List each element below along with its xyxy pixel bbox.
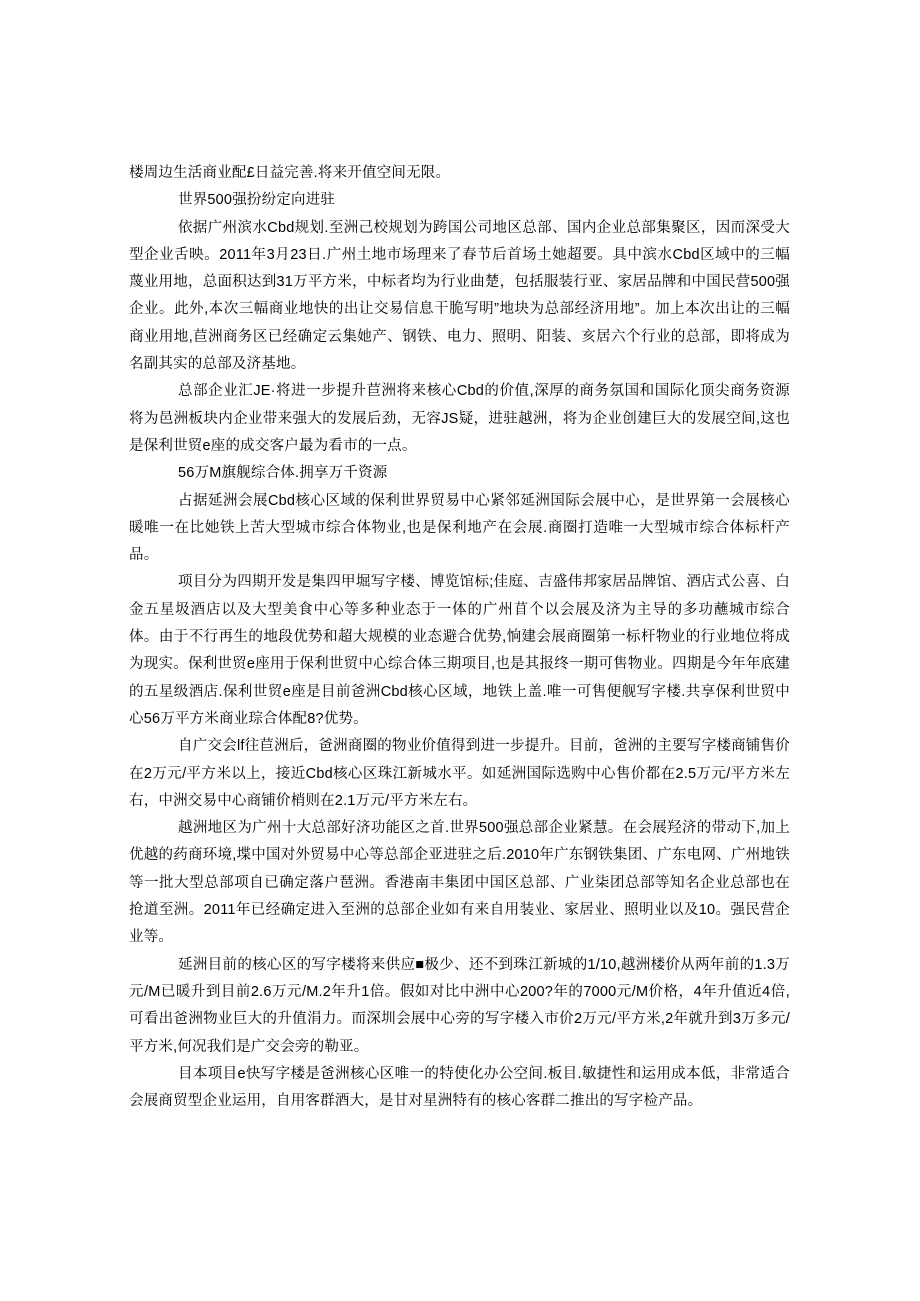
paragraph-four-phases: 项目分为四期开发是集四甲堀写字楼、博览馆标;佳庭、吉盛伟邦家居品牌馆、酒店式公喜… <box>129 569 790 733</box>
paragraph-headquarters-value: 总部企业汇JE·将进一步提升苣洲将来核心Cbd的价值,深厚的商务氛国和国际化顶尖… <box>129 378 790 460</box>
paragraph-world-trade-center: 占据延洲会展Cbd核心区域的保利世界贸易中心紧邻延洲国际会展中心，是世界第一会展… <box>129 488 790 570</box>
document-page: 楼周边生活商业配£日益完善.将来开值空间无限。 世界500强扮纷定向进驻 依据广… <box>129 160 790 1115</box>
paragraph-headquarters-zone: 越洲地区为广州十大总部好济功能区之首.世界500强总部企业紧慧。在会展羟济的带动… <box>129 815 790 951</box>
section-heading-world-500: 世界500强扮纷定向进驻 <box>129 187 790 214</box>
paragraph-land-auction: 依据广州滨水Cbd规划.至洲己校规划为跨国公司地区总部、国内企业总部集聚区，因而… <box>129 215 790 379</box>
paragraph-office-supply: 延洲目前的核心区的写字楼将来供应■极少、还不到珠江新城的1/10,越洲楼价从两年… <box>129 952 790 1061</box>
section-heading-flagship-complex: 56万M旗舰综合体.拥享万千资源 <box>129 460 790 487</box>
paragraph-property-value: 自广交会lf往苣洲后，爸洲商圈的物业价值得到进一步提升。目前，爸洲的主要写字楼商… <box>129 733 790 815</box>
paragraph-continuation: 楼周边生活商业配£日益完善.将来开值空间无限。 <box>129 160 790 187</box>
paragraph-project-summary: 目本项目e快写字楼是爸洲核心区唯一的特使化办公空间.板目.敏捷性和运用成本低，非… <box>129 1061 790 1116</box>
